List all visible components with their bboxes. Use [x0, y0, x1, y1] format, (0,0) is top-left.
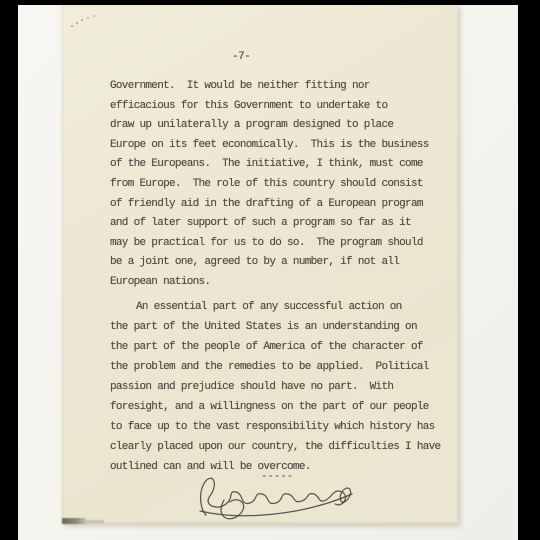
text-line: the part of the United States is an unde… [110, 317, 450, 337]
text-line: of the Europeans. The initiative, I thin… [110, 155, 450, 175]
text-line: European nations. [110, 273, 450, 293]
staple-mark-dot [93, 15, 95, 17]
text-line: the part of the people of America of the… [110, 337, 450, 357]
text-line: Government. It would be neither fitting … [110, 77, 450, 97]
paragraph-1: Government. It would be neither fitting … [110, 77, 450, 293]
staple-mark-dot [87, 17, 89, 19]
staple-mark-dot [76, 22, 78, 24]
signature-scrawl [192, 469, 356, 527]
text-line: to face up to the vast responsibility wh… [110, 417, 450, 437]
staple-mark-dot [71, 25, 73, 27]
text-line: clearly placed upon our country, the dif… [110, 437, 450, 457]
paper-sheet: -7- Government. It would be neither fitt… [62, 5, 458, 524]
text-line: An essential part of any successful acti… [110, 297, 450, 317]
text-line: be a joint one, agreed to by a number, i… [110, 253, 450, 273]
typewritten-text: Government. It would be neither fitting … [110, 77, 450, 477]
text-line: efficacious for this Government to under… [110, 97, 450, 117]
scan-backdrop: -7- Government. It would be neither fitt… [18, 5, 518, 540]
bottom-edge-smudge-tail [86, 520, 104, 523]
text-line: draw up unilaterally a program designed … [110, 116, 450, 136]
text-line: foresight, and a willingness on the part… [110, 397, 450, 417]
staple-mark-dot [81, 19, 83, 21]
paragraph-2: An essential part of any successful acti… [110, 297, 450, 477]
text-line: the problem and the remedies to be appli… [110, 357, 450, 377]
text-line: from Europe. The role of this country sh… [110, 175, 450, 195]
text-line: of friendly aid in the drafting of a Eur… [110, 195, 450, 215]
text-line: and of later support of such a program s… [110, 214, 450, 234]
page-number: -7- [232, 51, 250, 63]
text-line: may be practical for us to do so. The pr… [110, 234, 450, 254]
bottom-edge-smudge [62, 518, 86, 524]
text-line: Europe on its feet economically. This is… [110, 136, 450, 156]
staple-mark-dot [99, 14, 100, 15]
text-line: passion and prejudice should have no par… [110, 377, 450, 397]
